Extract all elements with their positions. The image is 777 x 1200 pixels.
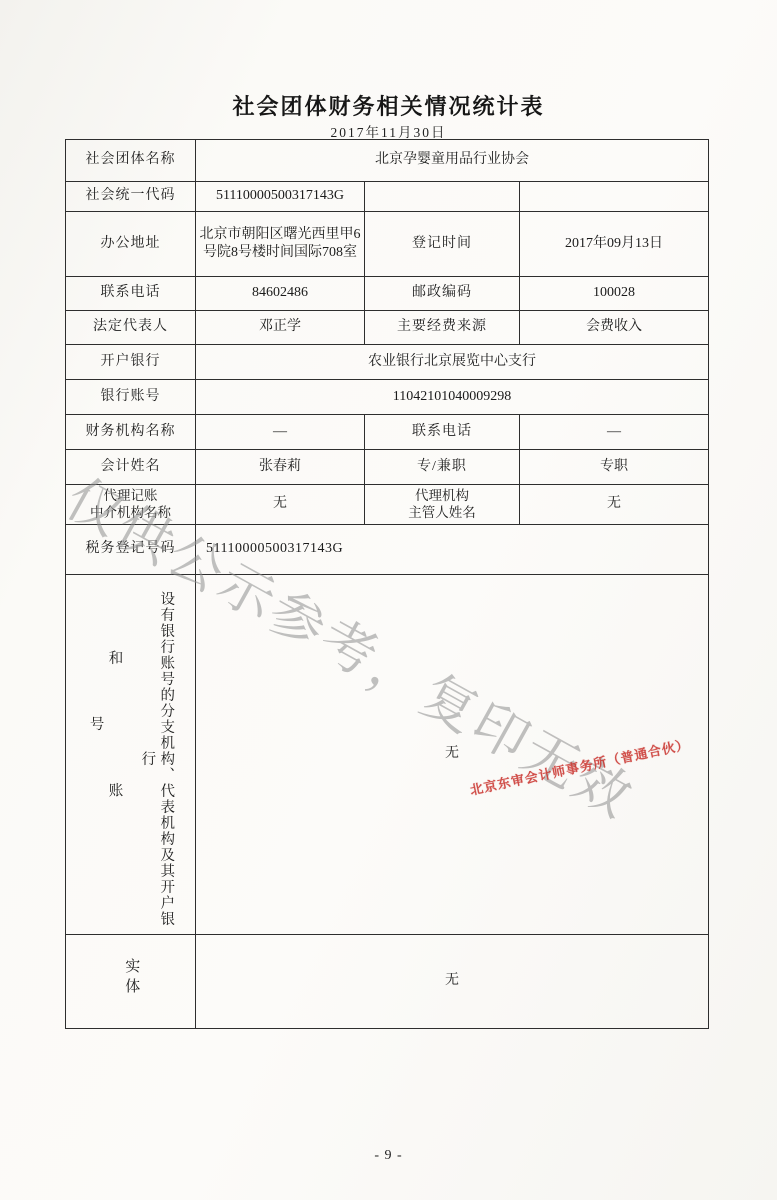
bank-label: 开户银行	[66, 345, 196, 380]
accountant-value: 张春莉	[196, 450, 365, 485]
branches-value: 无	[196, 575, 709, 935]
unified-code-label: 社会统一代码	[66, 182, 196, 212]
office-address-label: 办公地址	[66, 212, 196, 277]
agency-manager-label-line1: 代理机构	[368, 488, 516, 505]
page-title: 社会团体财务相关情况统计表	[0, 90, 777, 121]
duty-type-label: 专/兼职	[365, 450, 520, 485]
page-number: - 9 -	[0, 1148, 777, 1164]
row-unified-code: 社会统一代码 51110000500317143G	[66, 182, 709, 212]
statistics-table: 社会团体名称 北京孕婴童用品行业协会 社会统一代码 51110000500317…	[65, 139, 709, 1029]
branches-label-continuation: 和账号	[86, 583, 124, 931]
office-address-value: 北京市朝阳区曙光西里甲6号院8号楼时间国际708室	[196, 212, 365, 277]
bank-value: 农业银行北京展览中心支行	[196, 345, 709, 380]
row-bank-account: 银行账号 11042101040009298	[66, 380, 709, 415]
postcode-value: 100028	[520, 277, 709, 311]
register-date-label: 登记时间	[365, 212, 520, 277]
finance-org-label: 财务机构名称	[66, 415, 196, 450]
bank-account-label: 银行账号	[66, 380, 196, 415]
duty-type-value: 专职	[520, 450, 709, 485]
branches-label-main: 设有银行账号的分支机构、代表机构及其开户银行	[138, 583, 176, 931]
row-accountant: 会计姓名 张春莉 专/兼职 专职	[66, 450, 709, 485]
entity-label: 实体	[66, 935, 196, 1029]
agency-label-line2: 中介机构名称	[69, 505, 192, 522]
finance-phone-label: 联系电话	[365, 415, 520, 450]
org-name-label: 社会团体名称	[66, 140, 196, 182]
scanned-document-page: 社会团体财务相关情况统计表 2017年11月30日 社会团体名称 北京孕婴童用品…	[0, 0, 777, 1200]
funding-source-label: 主要经费来源	[365, 311, 520, 345]
agency-label: 代理记账 中介机构名称	[66, 485, 196, 525]
row-org-name: 社会团体名称 北京孕婴童用品行业协会	[66, 140, 709, 182]
row-agency: 代理记账 中介机构名称 无 代理机构 主管人姓名 无	[66, 485, 709, 525]
row-branches: 和账号 设有银行账号的分支机构、代表机构及其开户银行 无	[66, 575, 709, 935]
legal-rep-value: 邓正学	[196, 311, 365, 345]
org-name-value: 北京孕婴童用品行业协会	[196, 140, 709, 182]
branches-vertical-label: 和账号 设有银行账号的分支机构、代表机构及其开户银行	[69, 579, 192, 931]
entity-value: 无	[196, 935, 709, 1029]
branches-label: 和账号 设有银行账号的分支机构、代表机构及其开户银行	[66, 575, 196, 935]
postcode-label: 邮政编码	[365, 277, 520, 311]
empty-cell	[520, 182, 709, 212]
agency-manager-label-line2: 主管人姓名	[368, 505, 516, 522]
unified-code-value: 51110000500317143G	[196, 182, 365, 212]
row-phone: 联系电话 84602486 邮政编码 100028	[66, 277, 709, 311]
tax-code-label: 税务登记号码	[66, 525, 196, 575]
tax-code-value: 51110000500317143G	[196, 525, 709, 575]
agency-manager-value: 无	[520, 485, 709, 525]
row-legal-rep: 法定代表人 邓正学 主要经费来源 会费收入	[66, 311, 709, 345]
finance-phone-value: —	[520, 415, 709, 450]
report-date: 2017年11月30日	[0, 121, 777, 141]
funding-source-value: 会费收入	[520, 311, 709, 345]
bank-account-value: 11042101040009298	[196, 380, 709, 415]
finance-org-value: —	[196, 415, 365, 450]
legal-rep-label: 法定代表人	[66, 311, 196, 345]
row-bank: 开户银行 农业银行北京展览中心支行	[66, 345, 709, 380]
row-finance-org: 财务机构名称 — 联系电话 —	[66, 415, 709, 450]
row-tax-code: 税务登记号码 51110000500317143G	[66, 525, 709, 575]
row-office-address: 办公地址 北京市朝阳区曙光西里甲6号院8号楼时间国际708室 登记时间 2017…	[66, 212, 709, 277]
phone-label: 联系电话	[66, 277, 196, 311]
agency-value: 无	[196, 485, 365, 525]
register-date-value: 2017年09月13日	[520, 212, 709, 277]
entity-label-text: 实体	[121, 958, 141, 998]
accountant-label: 会计姓名	[66, 450, 196, 485]
row-entity: 实体 无	[66, 935, 709, 1029]
phone-value: 84602486	[196, 277, 365, 311]
agency-manager-label: 代理机构 主管人姓名	[365, 485, 520, 525]
agency-label-line1: 代理记账	[69, 488, 192, 505]
empty-cell	[365, 182, 520, 212]
